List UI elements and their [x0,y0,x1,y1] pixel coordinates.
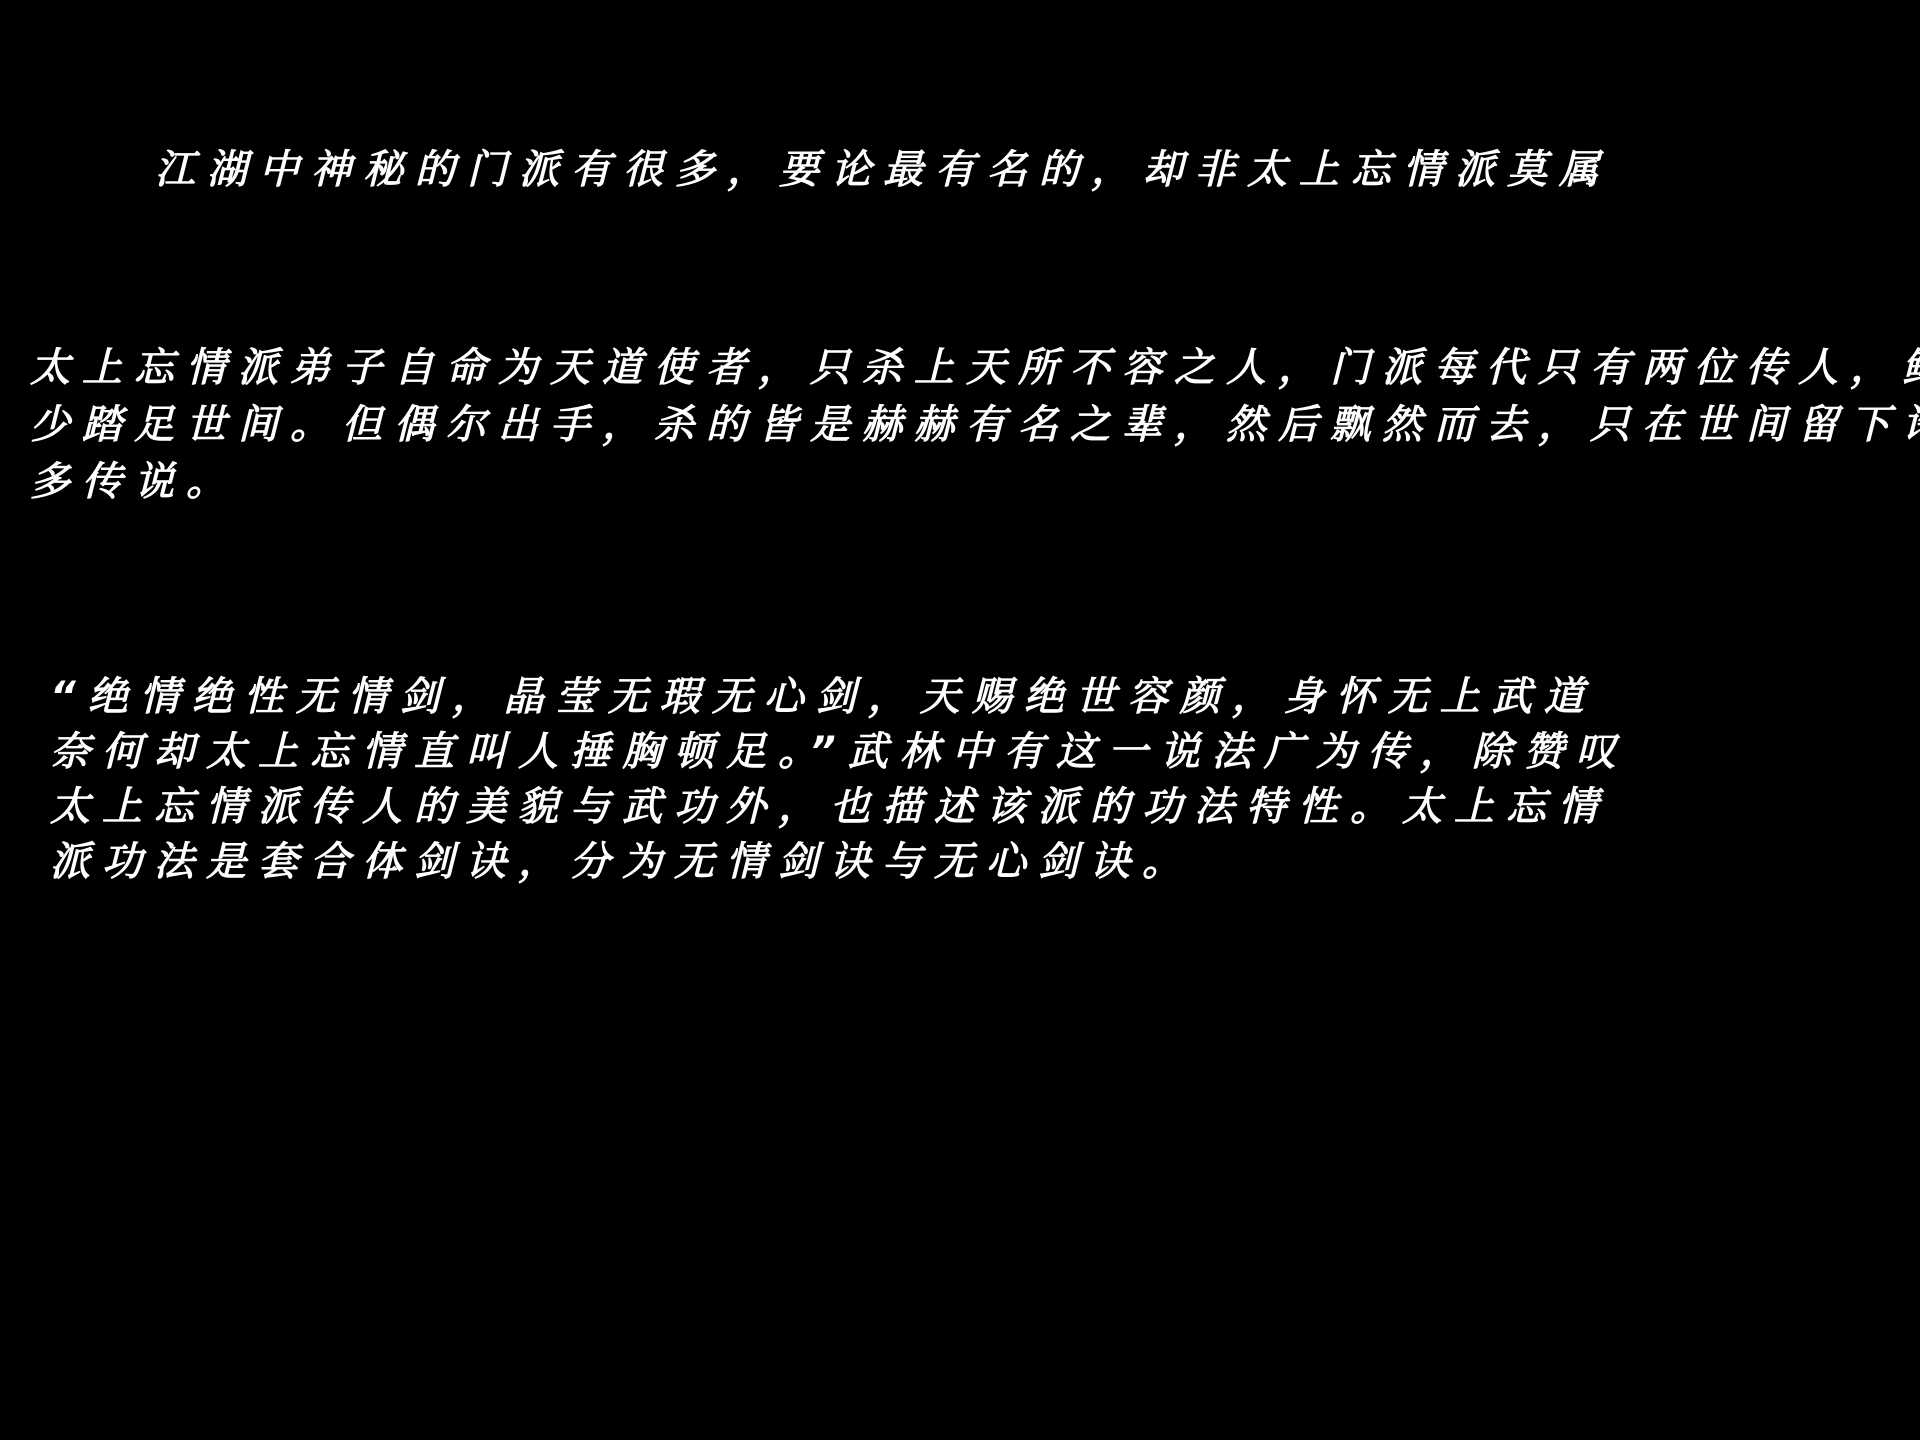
text-line: 奈何却太上忘情直叫人捶胸顿足。”武林中有这一说法广为传，除赞叹 [50,725,1650,780]
text-line: “绝情绝性无情剑，晶莹无瑕无心剑，天赐绝世容颜，身怀无上武道 [50,670,1650,725]
paragraph-quote: “绝情绝性无情剑，晶莹无瑕无心剑，天赐绝世容颜，身怀无上武道 奈何却太上忘情直叫… [50,670,1650,890]
text-line: 太上忘情派传人的美貌与武功外，也描述该派的功法特性。太上忘情 [50,780,1650,835]
paragraph-intro: 江湖中神秘的门派有很多，要论最有名的，却非太上忘情派莫属 [155,142,1611,198]
text-line: 派功法是套合体剑诀，分为无情剑诀与无心剑诀。 [50,835,1650,890]
text-line: 江湖中神秘的门派有很多，要论最有名的，却非太上忘情派莫属 [155,142,1611,198]
text-line: 太上忘情派弟子自命为天道使者，只杀上天所不容之人，门派每代只有两位传人，鲜 [30,340,1910,397]
text-line: 少踏足世间。但偶尔出手，杀的皆是赫赫有名之辈，然后飘然而去，只在世间留下许 [30,397,1910,454]
paragraph-sect-description: 太上忘情派弟子自命为天道使者，只杀上天所不容之人，门派每代只有两位传人，鲜 少踏… [30,340,1910,511]
text-line: 多传说。 [30,454,1910,511]
